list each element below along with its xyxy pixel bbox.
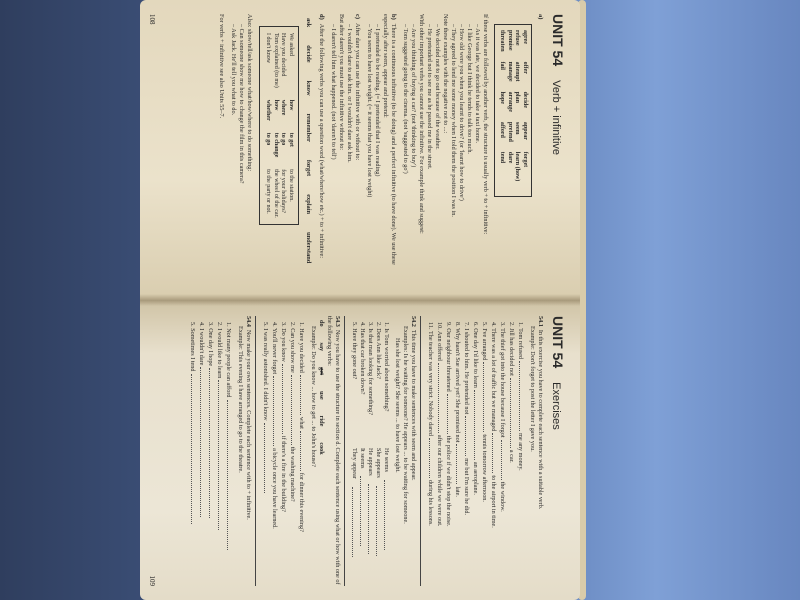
photo-scene: UNIT 54 Verb + infinitive a) agreeofferd… [0, 0, 800, 600]
section-a: a) agreeofferdecideappearforget refuseat… [401, 14, 544, 284]
unit-title: Verb + infinitive [550, 80, 562, 155]
question-word-box: We askedhowto getto the station. Have yo… [259, 26, 299, 225]
section-d: d)After the following verbs you can use … [229, 14, 325, 284]
question-verbs: askdecideknowrememberforgetexplainunders… [304, 18, 312, 284]
page-108: UNIT 54 Verb + infinitive a) agreeofferd… [140, 0, 580, 300]
section-c: c)After dare you can use the infinitive … [329, 14, 361, 284]
book-spread: UNIT 54 Verb + infinitive a) agreeofferd… [140, 0, 580, 600]
page-number: 108 [148, 14, 156, 25]
book-spine-gutter [140, 294, 580, 306]
open-book: UNIT 54 Verb + infinitive a) agreeofferd… [140, 0, 580, 600]
unit-header: UNIT 54 Verb + infinitive [550, 14, 566, 284]
verb-list-box: agreeofferdecideappearforget refuseattem… [494, 24, 532, 197]
exercise-54-1: 54.1In this exercise you have to complet… [426, 316, 544, 586]
section-b: b)There is a continuous infinitive (to b… [365, 14, 397, 284]
unit-number: UNIT 54 [550, 14, 566, 66]
footer-note: For verbs + infinitive see also Units 55… [217, 14, 225, 284]
exercise-54-3: 54.3Now you have to use the structure in… [261, 316, 341, 586]
page-number: 109 [148, 576, 156, 587]
exercise-54-2: 54.2This time you have to make sentences… [350, 316, 417, 586]
exercise-54-4: 54.4Now make your own sentences. Complet… [188, 316, 252, 586]
exercises-header: UNIT 54 Exercises [550, 316, 566, 586]
page-109: UNIT 54 Exercises 54.1In this exercise y… [140, 300, 580, 600]
verb-choices: dosaygetuseridecook [317, 316, 325, 586]
